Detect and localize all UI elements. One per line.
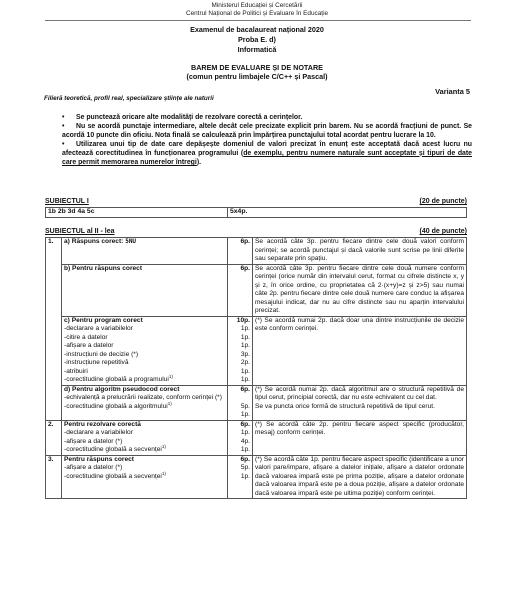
q1d-item-points: 1p. <box>230 411 250 420</box>
q2-points: 6p. 1p. 4p. 1p. <box>228 420 253 455</box>
q3-item-points: 5p. <box>230 464 250 473</box>
center-name: Centrul Național de Politici și Evaluare… <box>0 10 514 18</box>
track-label: Filieră teoretică, profil real, speciali… <box>44 95 214 102</box>
table-row: c) Pentru program corect -declarare a va… <box>46 316 467 385</box>
table-row: d) Pentru algoritm pseudocod corect -ech… <box>46 385 467 420</box>
q1c-description: (*) Se acordă numai 2p. dacă doar una di… <box>253 316 467 385</box>
q2-item-text: -corectitudine globală a secvenței <box>64 446 162 453</box>
q1c-item: -instrucțiuni de decizie (*) <box>64 351 225 360</box>
q3-item: -afișare a datelor (*) <box>64 464 225 473</box>
q2-item: -afișare a datelor (*) <box>64 438 225 447</box>
q1c-item: -instrucțiune repetitivă <box>64 359 225 368</box>
q3-label: Pentru răspuns corect <box>64 456 225 465</box>
q2-item-points: 1p. <box>230 429 250 438</box>
q1c-item: -declarare a variabilelor <box>64 325 225 334</box>
q1c-item-points: 1p. <box>230 376 250 385</box>
bullet-icon: • <box>62 113 76 122</box>
q1d-item-text: -corectitudine globală a algoritmului <box>64 403 168 410</box>
q1c-item-text: -corectitudine globală a programului <box>64 376 169 383</box>
subiect2-table: 1. a) Răspuns corect: 5NU 6p. Se acordă … <box>45 237 467 499</box>
q2-criterion: Pentru rezolvare corectă -declarare a va… <box>62 420 228 455</box>
q1a-criterion: a) Răspuns corect: 5NU <box>62 238 228 265</box>
q1d-item-points: 5p. <box>230 403 250 412</box>
subject-title: Informatică <box>0 45 514 55</box>
q1c-item-points: 1p. <box>230 368 250 377</box>
q1c-item-points: 3p. <box>230 351 250 360</box>
subiect2-points: (40 de puncte) <box>420 228 467 235</box>
footnote-marker: 1) <box>169 374 173 379</box>
bullet-icon: • <box>62 122 76 131</box>
q2-total: 6p. <box>230 421 250 430</box>
table-row: 3. Pentru răspuns corect -afișare a date… <box>46 455 467 499</box>
q1a-points: 6p. <box>228 238 253 265</box>
q1c-item: -atribuiri <box>64 368 225 377</box>
q1d-total: 6p. <box>230 386 250 395</box>
q1d-criterion: d) Pentru algoritm pseudocod corect -ech… <box>62 385 228 420</box>
q2-item: -corectitudine globală a secvenței1) <box>64 446 225 455</box>
bullet-icon: • <box>62 140 76 149</box>
footnote-marker: 1) <box>168 400 172 405</box>
ministry-name: Ministerul Educației și Cercetării <box>0 2 514 10</box>
q2-label: Pentru rezolvare corectă <box>64 421 225 430</box>
q2-item-points: 1p. <box>230 446 250 455</box>
q2-number: 2. <box>46 420 62 455</box>
general-rules: •Se punctează oricare alte modalități de… <box>62 113 472 167</box>
q1d-note: Se va puncta orice formă de structură re… <box>255 403 464 412</box>
q2-description: (*) Se acordă câte 2p. pentru fiecare as… <box>253 420 467 455</box>
q1b-criterion: b) Pentru răspuns corect <box>62 264 228 316</box>
q3-total: 6p. <box>230 456 250 465</box>
q1d-description: (*) Se acordă numai 2p. dacă algoritmul … <box>253 385 467 420</box>
subiect2-title: SUBIECTUL al II - lea <box>45 228 115 235</box>
q2-item: -declarare a variabilelor <box>64 429 225 438</box>
q1d-item: -corectitudine globală a algoritmului1) <box>64 403 225 412</box>
q3-criterion: Pentru răspuns corect -afișare a datelor… <box>62 455 228 499</box>
rule-item: •Utilizarea unui tip de date care depășe… <box>62 140 472 167</box>
q1c-item: -afișare a datelor <box>64 342 225 351</box>
q1c-item-points: 1p. <box>230 334 250 343</box>
q3-description: (*) Se acordă câte 1p. pentru fiecare as… <box>253 455 467 499</box>
subiect1-title: SUBIECTUL I <box>45 198 89 205</box>
q1a-description: Se acordă câte 3p. pentru fiecare dintre… <box>253 238 467 265</box>
rule-item: •Se punctează oricare alte modalități de… <box>62 113 472 122</box>
q1b-description: Se acordă câte 3p. pentru fiecare dintre… <box>253 264 467 316</box>
q1c-total: 10p. <box>230 317 250 326</box>
subiect2-heading: SUBIECTUL al II - lea (40 de puncte) <box>45 228 467 235</box>
q1-number: 1. <box>46 238 62 421</box>
q1a-answer: 5NU <box>125 238 136 245</box>
q3-points: 6p. 5p. 1p. <box>228 455 253 499</box>
rule-item: •Nu se acordă punctaje intermediare, alt… <box>62 122 472 140</box>
q1c-item: -citire a datelor <box>64 334 225 343</box>
q1c-label: c) Pentru program corect <box>64 317 225 326</box>
q1c-item-points: 1p. <box>230 325 250 334</box>
q1c-criterion: c) Pentru program corect -declarare a va… <box>62 316 228 385</box>
q3-item-points: 1p. <box>230 473 250 482</box>
q3-item-text: -corectitudine globală a secvenței <box>64 473 162 480</box>
table-row: 2. Pentru rezolvare corectă -declarare a… <box>46 420 467 455</box>
q1d-note: (*) Se acordă numai 2p. dacă algoritmul … <box>255 386 464 403</box>
subiect1-answers: 1b 2b 3d 4a 5c <box>46 208 228 218</box>
q1d-item: -echivalență a prelucrării realizate, co… <box>64 394 225 403</box>
q3-item: -corectitudine globală a secvenței1) <box>64 473 225 482</box>
subiect1-points: (20 de puncte) <box>420 198 467 205</box>
table-row: b) Pentru răspuns corect 6p. Se acordă c… <box>46 264 467 316</box>
q1c-points: 10p. 1p. 1p. 1p. 3p. 2p. 1p. 1p. <box>228 316 253 385</box>
subiect1-table: 1b 2b 3d 4a 5c 5x4p. <box>45 207 467 218</box>
footnote-marker: 1) <box>162 444 166 449</box>
footnote-marker: 1) <box>162 470 166 475</box>
exam-title: Examenul de bacalaureat național 2020 <box>0 25 514 35</box>
q1c-item-points: 2p. <box>230 359 250 368</box>
rule-text: Se punctează oricare alte modalități de … <box>76 114 302 121</box>
q1a-label: a) Răspuns corect: <box>64 238 125 245</box>
rule-text-end: ). <box>197 159 201 166</box>
q1b-points: 6p. <box>228 264 253 316</box>
q2-item-points: 4p. <box>230 438 250 447</box>
table-row: 1b 2b 3d 4a 5c 5x4p. <box>46 208 467 218</box>
q1c-item-points: 1p. <box>230 342 250 351</box>
q1d-label: d) Pentru algoritm pseudocod corect <box>64 386 225 395</box>
proba-title: Proba E. d) <box>0 35 514 45</box>
subiect1-heading: SUBIECTUL I (20 de puncte) <box>45 198 467 205</box>
q1c-item: -corectitudine globală a programului1) <box>64 376 225 385</box>
q3-number: 3. <box>46 455 62 499</box>
rule-text: Nu se acordă punctaje intermediare, alte… <box>62 123 472 139</box>
variant-label: Varianta 5 <box>435 87 470 96</box>
header-divider <box>45 20 471 21</box>
languages-subtitle: (comun pentru limbajele C/C++ și Pascal) <box>0 72 514 82</box>
subiect1-scoring: 5x4p. <box>228 208 467 218</box>
q1d-points: 6p. 5p. 1p. <box>228 385 253 420</box>
table-row: 1. a) Răspuns corect: 5NU 6p. Se acordă … <box>46 238 467 265</box>
